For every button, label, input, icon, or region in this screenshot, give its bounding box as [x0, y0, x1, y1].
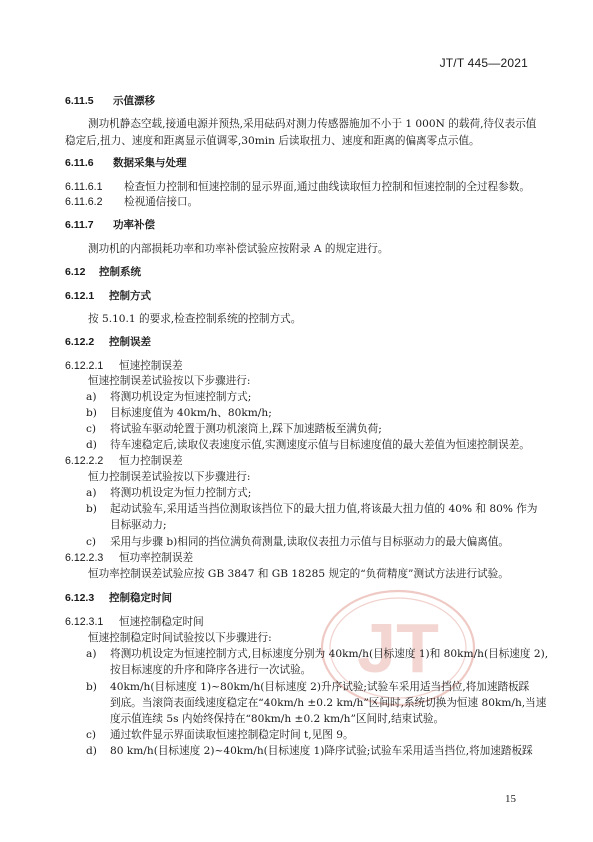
clause-6-11-6-2: 6.11.6.2检视通信接口。 — [65, 196, 198, 209]
standard-code: JT/T 445—2021 — [440, 56, 528, 70]
heading-6-12-3: 6.12.3控制稳定时间 — [65, 592, 172, 605]
list-item-continuation: 度示值连续 5s 内始终保持在“80km/h ±0.2 km/h”区间时,结束试… — [110, 713, 444, 726]
heading-6-12-2-3: 6.12.2.3恒功率控制误差 — [65, 552, 193, 565]
list-item: c)通过软件显示界面读取恒速控制稳定时间 t,见图 9。 — [86, 729, 354, 742]
paragraph: 稳定后,扭力、速度和距离显示值调零,30min 后读取扭力、速度和距离的偏离零点… — [65, 135, 480, 148]
list-item-continuation: 目标驱动力; — [110, 519, 167, 532]
paragraph: 恒速控制误差试验按以下步骤进行: — [88, 375, 250, 388]
list-item: c)将试验车驱动轮置于测功机滚筒上,踩下加速踏板至满负荷; — [86, 423, 382, 436]
paragraph: 恒功率控制误差试验应按 GB 3847 和 GB 18285 规定的“负荷精度”… — [88, 568, 509, 581]
paragraph: 测功机的内部损耗功率和功率补偿试验应按附录 A 的规定进行。 — [88, 243, 388, 256]
list-item: c)采用与步骤 b)相同的挡位满负荷测量,读取仪表扭力示值与目标驱动力的最大偏离… — [86, 536, 509, 549]
list-item: b)起动试验车,采用适当挡位测取该挡位下的最大扭力值,将该最大扭力值的 40% … — [86, 503, 537, 516]
heading-6-12-2: 6.12.2控制误差 — [65, 336, 151, 349]
list-item: a)将测功机设定为恒速控制方式; — [86, 391, 251, 404]
heading-6-11-6: 6.11.6数据采集与处理 — [65, 157, 187, 170]
heading-6-11-7: 6.11.7功率补偿 — [65, 219, 155, 232]
heading-6-12-2-1: 6.12.2.1恒速控制误差 — [65, 360, 183, 373]
heading-6-12-1: 6.12.1控制方式 — [65, 290, 151, 303]
list-item-continuation: 按目标速度的升序和降序各进行一次试验。 — [110, 664, 311, 677]
clause-6-11-6-1: 6.11.6.1检查恒力控制和恒速控制的显示界面,通过曲线读取恒力控制和恒速控制… — [65, 181, 530, 194]
list-item: b)目标速度值为 40km/h、80km/h; — [86, 407, 272, 420]
list-item: d)待车速稳定后,读取仪表速度示值,实测速度示值与目标速度值的最大差值为恒速控制… — [86, 439, 530, 452]
heading-6-12-2-2: 6.12.2.2恒力控制误差 — [65, 455, 183, 468]
document-page: JT/T 445—2021 JT 6.11.5示值漂移 测功机静态空载,接通电源… — [0, 0, 593, 842]
paragraph: 测功机静态空载,接通电源并预热,采用砝码对测力传感器施加不小于 1 000N 的… — [88, 118, 536, 131]
heading-6-12: 6.12控制系统 — [65, 266, 141, 279]
list-item: d)80 km/h(目标速度 2)~40km/h(目标速度 1)降序试验;试验车… — [86, 745, 533, 758]
page-number: 15 — [505, 793, 516, 805]
paragraph: 恒力控制误差试验按以下步骤进行: — [88, 471, 250, 484]
paragraph: 恒速控制稳定时间试验按以下步骤进行: — [88, 632, 272, 645]
paragraph: 按 5.10.1 的要求,检查控制系统的控制方式。 — [88, 313, 301, 326]
heading-6-12-3-1: 6.12.3.1恒速控制稳定时间 — [65, 616, 204, 629]
list-item: a)将测功机设定为恒力控制方式; — [86, 487, 251, 500]
list-item: b)40km/h(目标速度 1)~80km/h(目标速度 2)升序试验;试验车采… — [86, 681, 529, 694]
heading-6-11-5: 6.11.5示值漂移 — [65, 95, 155, 108]
list-item-continuation: 到底。当滚筒表面线速度稳定在“40km/h ±0.2 km/h”区间时,系统切换… — [110, 697, 546, 710]
list-item: a)将测功机设定为恒速控制方式,目标速度分别为 40km/h(目标速度 1)和 … — [86, 648, 548, 661]
